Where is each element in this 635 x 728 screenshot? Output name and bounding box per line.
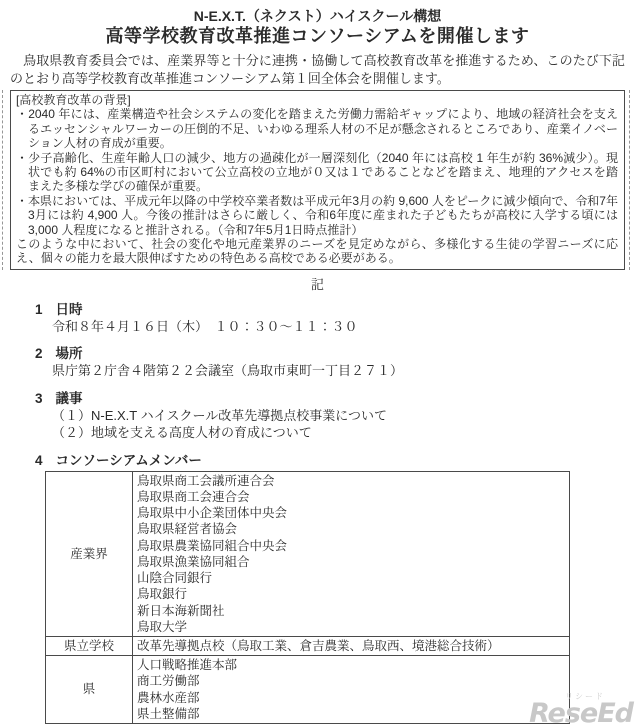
member-item: 鳥取県経営者協会 [137, 521, 565, 537]
member-category: 県 [46, 656, 133, 724]
member-list: 鳥取県商工会議所連合会鳥取県商工会連合会鳥取県中小企業団体中央会鳥取県経営者協会… [133, 471, 570, 636]
section-title: コンソーシアムメンバー [56, 452, 202, 469]
section-datetime: 1 日時 令和８年４月１６日（木） １０：３０～１１：３０ [10, 301, 625, 336]
member-list: 改革先導拠点校（鳥取工業、倉吉農業、鳥取西、境港総合技術） [133, 636, 570, 655]
watermark-logo-text: ReseEd [529, 698, 633, 728]
background-box-heading: [高校教育改革の背景] [16, 93, 618, 107]
member-item: 鳥取県中小企業団体中央会 [137, 505, 565, 521]
member-item: 鳥取県商工会連合会 [137, 489, 565, 505]
background-bullet-list: 2040 年には、産業構造や社会システムの変化を踏まえた労働力需給ギャップにより… [16, 107, 618, 237]
background-bullet: 本県においては、平成元年以降の中学校卒業者数は平成元年3月の約 9,600 人を… [16, 194, 618, 237]
section-title: 議事 [56, 390, 83, 407]
member-item: 商工労働部 [137, 673, 565, 689]
member-item: 農林水産部 [137, 690, 565, 706]
datetime-value: 令和８年４月１６日（木） １０：３０～１１：３０ [52, 318, 625, 336]
section-body: 県庁第２庁舎４階第２２会議室（鳥取市東町一丁目２７１） [10, 362, 625, 380]
background-box-wrapper: [高校教育改革の背景] 2040 年には、産業構造や社会システムの変化を踏まえた… [10, 90, 625, 270]
member-item: 鳥取県商工会議所連合会 [137, 473, 565, 489]
section-number: 2 [35, 345, 43, 362]
section-body: 令和８年４月１６日（木） １０：３０～１１：３０ [10, 318, 625, 336]
document-header: N-E.X.T.（ネクスト）ハイスクール構想 高等学校教育改革推進コンソーシアム… [10, 8, 625, 47]
section-number: 3 [35, 390, 43, 407]
table-row-prefecture: 県 人口戦略推進本部商工労働部農林水産部県土整備部 [46, 656, 570, 724]
section-agenda: 3 議事 （１）N-E.X.T ハイスクール改革先導拠点校事業について （２）地… [10, 390, 625, 442]
section-heading: 3 議事 [10, 390, 625, 407]
section-heading: 4 コンソーシアムメンバー [10, 452, 625, 469]
member-item: 新日本海新聞社 [137, 603, 565, 619]
table-row-industry: 産業界 鳥取県商工会議所連合会鳥取県商工会連合会鳥取県中小企業団体中央会鳥取県経… [46, 471, 570, 636]
background-closing: このような中において、社会の変化や地元産業界のニーズを見定めながら、多様化する生… [16, 237, 618, 266]
document-title: 高等学校教育改革推進コンソーシアムを開催します [10, 25, 625, 47]
member-category: 産業界 [46, 471, 133, 636]
intro-paragraph: 鳥取県教育委員会では、産業界等と十分に連携・協働して高校教育改革を推進するため、… [10, 52, 625, 87]
member-item: 鳥取銀行 [137, 586, 565, 602]
member-item: 改革先導拠点校（鳥取工業、倉吉農業、鳥取西、境港総合技術） [137, 638, 565, 654]
section-heading: 2 場所 [10, 345, 625, 362]
document-page: N-E.X.T.（ネクスト）ハイスクール構想 高等学校教育改革推進コンソーシアム… [0, 0, 635, 728]
reseed-watermark: リシード ReseEd [529, 692, 633, 727]
section-place: 2 場所 県庁第２庁舎４階第２２会議室（鳥取市東町一丁目２７１） [10, 345, 625, 380]
member-item: 鳥取大学 [137, 619, 565, 635]
member-item: 県土整備部 [137, 706, 565, 722]
table-row-prefectural-schools: 県立学校 改革先導拠点校（鳥取工業、倉吉農業、鳥取西、境港総合技術） [46, 636, 570, 655]
members-table: 産業界 鳥取県商工会議所連合会鳥取県商工会連合会鳥取県中小企業団体中央会鳥取県経… [45, 471, 570, 724]
section-title: 日時 [56, 301, 83, 318]
text-boundary-dash-right [629, 90, 630, 270]
document-subtitle: N-E.X.T.（ネクスト）ハイスクール構想 [10, 8, 625, 25]
place-value: 県庁第２庁舎４階第２２会議室（鳥取市東町一丁目２７１） [52, 362, 625, 380]
member-item: 鳥取県農業協同組合中央会 [137, 538, 565, 554]
background-bullet: 少子高齢化、生産年齢人口の減少、地方の過疎化が一層深刻化（2040 年には高校 … [16, 151, 618, 194]
section-members: 4 コンソーシアムメンバー 産業界 鳥取県商工会議所連合会鳥取県商工会連合会鳥取… [10, 452, 625, 724]
section-number: 4 [35, 452, 43, 469]
agenda-item-1: （１）N-E.X.T ハイスクール改革先導拠点校事業について [52, 407, 625, 425]
background-bullet: 2040 年には、産業構造や社会システムの変化を踏まえた労働力需給ギャップにより… [16, 107, 618, 150]
text-boundary-dash-left [2, 90, 3, 270]
section-heading: 1 日時 [10, 301, 625, 318]
member-item: 人口戦略推進本部 [137, 657, 565, 673]
section-body: （１）N-E.X.T ハイスクール改革先導拠点校事業について （２）地域を支える… [10, 407, 625, 442]
agenda-item-2: （２）地域を支える高度人材の育成について [52, 424, 625, 442]
member-item: 鳥取県漁業協同組合 [137, 554, 565, 570]
member-item: 山陰合同銀行 [137, 570, 565, 586]
member-list: 人口戦略推進本部商工労働部農林水産部県土整備部 [133, 656, 570, 724]
member-category: 県立学校 [46, 636, 133, 655]
section-title: 場所 [56, 345, 83, 362]
background-box: [高校教育改革の背景] 2040 年には、産業構造や社会システムの変化を踏まえた… [10, 90, 625, 270]
section-number: 1 [35, 301, 43, 318]
record-mark: 記 [10, 276, 625, 293]
